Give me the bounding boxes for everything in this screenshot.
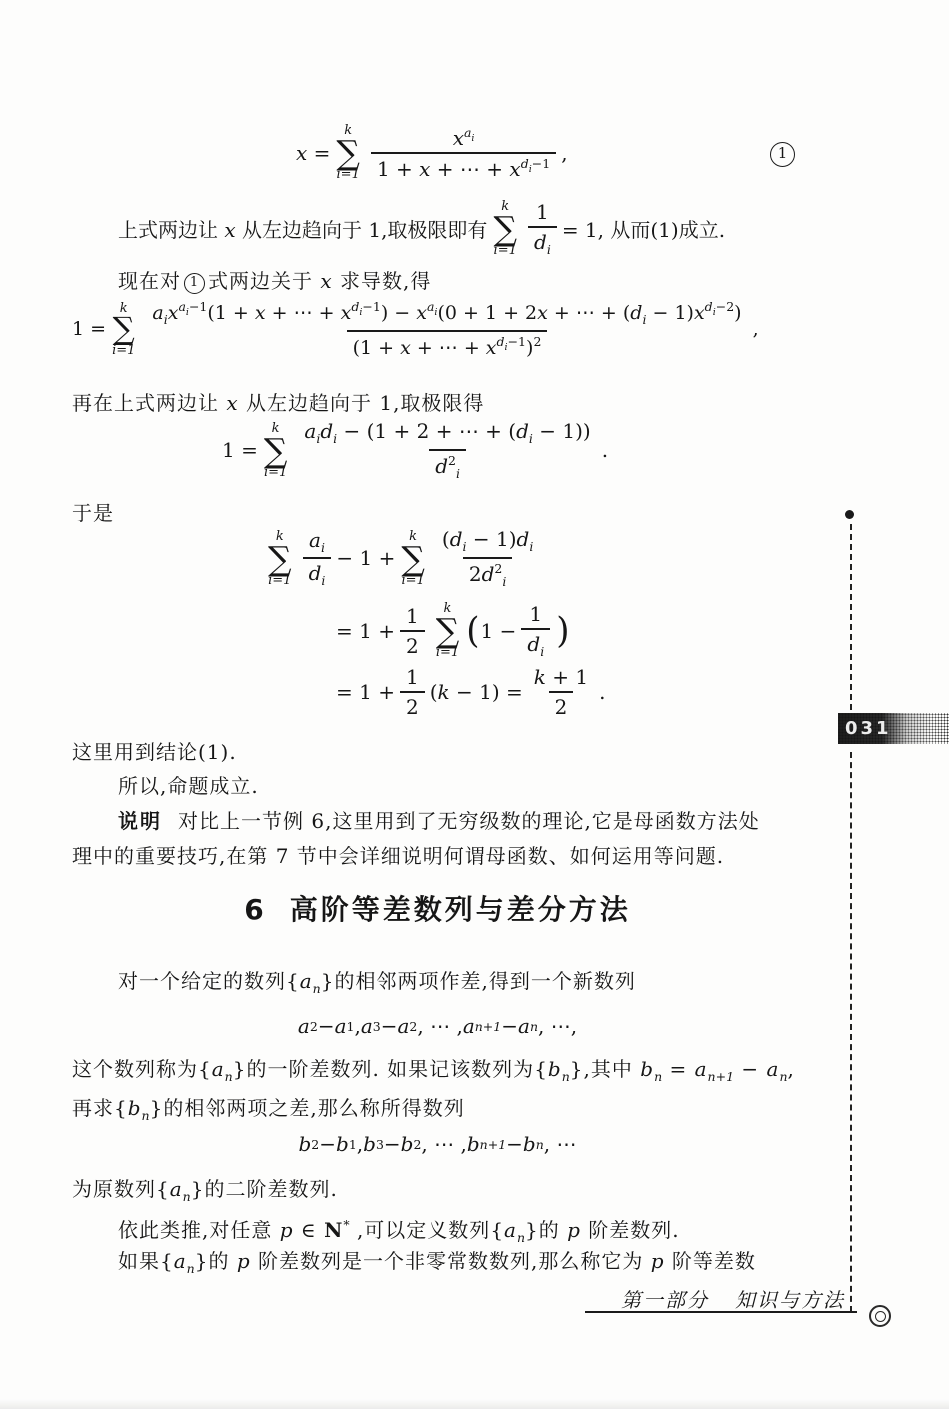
footer-running-title: 第一部分知识与方法 (540, 1284, 845, 1313)
paragraph-derivative: 现在对1式两边关于 x 求导数,得 (118, 266, 431, 296)
summation-symbol: k ∑ i=1 (336, 124, 360, 181)
fraction: aixai−1(1 + x + ⋯ + xdi−1) − xai(0 + 1 +… (146, 300, 747, 359)
footer-part: 第一部分 (621, 1288, 709, 1312)
fraction-numerator: 1 (400, 666, 425, 691)
operator-run: − 1 + (336, 546, 395, 570)
formula-lhs: 1 = (222, 438, 258, 462)
equals-run: = 1 + (336, 680, 395, 704)
sum-lower-limit: i=1 (268, 574, 291, 587)
footer-title: 知识与方法 (735, 1288, 845, 1312)
footer-ring-inner (875, 1311, 886, 1322)
fraction-numerator: (di − 1)di (436, 528, 539, 557)
derivation-line-2: = 1 + 1 2 k ∑ i=1 ( 1 − 1 di ) (336, 602, 570, 659)
fraction-half: 1 2 (400, 666, 425, 718)
middle-run: (k − 1) = (430, 680, 523, 704)
fraction-numerator: 1 (530, 201, 555, 226)
formula-tail: . (599, 680, 605, 704)
paragraph-proposition-holds: 所以,命题成立. (118, 771, 259, 801)
fraction-denominator: di (528, 226, 557, 257)
formula-derivative: 1 = k ∑ i=1 aixai−1(1 + x + ⋯ + xdi−1) −… (72, 300, 759, 359)
left-paren: ( (466, 613, 479, 649)
fraction: (di − 1)di 2d2i (436, 528, 539, 589)
fraction-numerator: 1 (523, 603, 548, 628)
formula-tail: , (561, 141, 567, 165)
summation-symbol: k ∑ i=1 (436, 602, 460, 659)
sigma-glyph: ∑ (268, 543, 292, 574)
fraction-numerator: k + 1 (528, 666, 594, 691)
equation-tag-1: 1 (770, 142, 795, 167)
right-paren: ) (556, 613, 569, 649)
formula-limit-result: 1 = k ∑ i=1 aidi − (1 + 2 + ⋯ + (di − 1)… (222, 420, 608, 481)
p1-post-text: = 1, 从而(1)成立. (562, 214, 725, 243)
inner-run: 1 − (481, 619, 517, 643)
fraction-half: 1 2 (400, 605, 425, 657)
fraction-numerator: aixai−1(1 + x + ⋯ + xdi−1) − xai(0 + 1 +… (146, 300, 747, 330)
paragraph-second-difference-intro: 再求{bn}的相邻两项之差,那么称所得数列 (72, 1093, 465, 1131)
paragraph-remark-continued: 理中的重要技巧,在第 7 节中会详细说明何谓母函数、如何运用等问题. (72, 841, 724, 871)
fraction-numerator: ai (303, 529, 331, 558)
sigma-glyph: ∑ (436, 615, 460, 646)
circled-one-icon: 1 (770, 142, 795, 167)
fraction-denominator: 2d2i (463, 557, 513, 589)
fraction-denominator: di (303, 557, 332, 588)
fraction: ai di (303, 529, 332, 589)
fraction-denominator: di (521, 628, 550, 659)
formula-tail: , (753, 318, 759, 340)
remark-text: 对比上一节例 6,这里用到了无穷级数的理论,它是母函数方法处 (178, 809, 760, 833)
fraction-denominator: 1 + x + ⋯ + xdi−1 (371, 152, 556, 180)
paragraph-remark: 说明对比上一节例 6,这里用到了无穷级数的理论,它是母函数方法处 (118, 806, 760, 836)
fraction-numerator: 1 (400, 605, 425, 630)
formula-lhs: x = (296, 141, 330, 165)
footer-rule (585, 1311, 857, 1313)
fraction-denominator: 2 (400, 630, 425, 657)
section-title: 高阶等差数列与差分方法 (290, 893, 631, 926)
summation-symbol: k ∑ i=1 (112, 302, 135, 357)
derivation-line-3: = 1 + 1 2 (k − 1) = k + 1 2 . (336, 666, 605, 718)
paragraph-thus: 于是 (72, 498, 114, 528)
fraction-numerator: aidi − (1 + 2 + ⋯ + (di − 1)) (298, 420, 596, 449)
paragraph-arithmetic-p-order: 如果{an}的 p 阶差数列是一个非零常数数列,那么称它为 p 阶等差数 (118, 1246, 756, 1284)
fraction: 1 di (528, 201, 557, 257)
sigma-glyph: ∑ (264, 435, 288, 466)
fraction-denominator: (1 + x + ⋯ + xdi−1)2 (347, 330, 548, 359)
sigma-glyph: ∑ (401, 543, 425, 574)
fraction-denominator: d2i (429, 449, 466, 481)
sum-lower-limit: i=1 (112, 344, 135, 357)
formula-tail: . (602, 438, 608, 462)
fraction: 1 di (521, 603, 550, 659)
paragraph-sequence-intro: 对一个给定的数列{an}的相邻两项作差,得到一个新数列 (118, 966, 636, 1004)
fraction-numerator: xai (447, 126, 481, 152)
sum-lower-limit: i=1 (494, 244, 517, 257)
fraction: xai 1 + x + ⋯ + xdi−1 (371, 126, 556, 180)
equals-run: = 1 + (336, 619, 395, 643)
formula-first-difference-sequence: a2 − a1 , a3 − a2 , ⋯ , an+1 − an , ⋯, (0, 1014, 875, 1038)
fraction-result: k + 1 2 (528, 666, 594, 718)
sum-lower-limit: i=1 (264, 466, 287, 479)
scanned-book-page: x = k ∑ i=1 xai 1 + x + ⋯ + xdi−1 , 1 上式… (0, 0, 949, 1409)
paragraph-second-limit: 再在上式两边让 x 从左边趋向于 1,取极限得 (72, 388, 484, 418)
paragraph-second-difference-def: 为原数列{an}的二阶差数列. (72, 1174, 338, 1212)
summation-symbol: k ∑ i=1 (493, 200, 517, 257)
summation-symbol: k ∑ i=1 (264, 422, 288, 479)
rail-dashed-line-lower (850, 752, 852, 1312)
fraction: aidi − (1 + 2 + ⋯ + (di − 1)) d2i (298, 420, 596, 481)
formula-lhs: 1 = (72, 318, 106, 340)
sigma-glyph: ∑ (336, 137, 360, 168)
summation-symbol: k ∑ i=1 (401, 530, 425, 587)
paragraph-conclusion-ref: 这里用到结论(1). (72, 737, 237, 767)
sum-lower-limit: i=1 (401, 574, 424, 587)
fraction-denominator: 2 (400, 691, 425, 718)
rail-dashed-line-upper (850, 524, 852, 710)
remark-label: 说明 (118, 809, 162, 833)
paragraph-limit-statement: 上式两边让 x 从左边趋向于 1,取极限即有 k ∑ i=1 1 di = 1,… (118, 200, 725, 257)
paragraph-first-difference-def: 这个数列称为{an}的一阶差数列. 如果记该数列为{bn},其中 bn = an… (72, 1054, 795, 1092)
section-number: 6 (244, 893, 263, 926)
p1-pre-text: 上式两边让 x 从左边趋向于 1,取极限即有 (118, 214, 487, 243)
rail-dot (845, 510, 854, 519)
footer-ring-icon (869, 1305, 891, 1327)
summation-symbol: k ∑ i=1 (268, 530, 292, 587)
derivation-line-1: k ∑ i=1 ai di − 1 + k ∑ i=1 (di − 1)di 2… (262, 528, 544, 589)
page-number-badge: 031 (838, 713, 949, 744)
section-heading: 6高阶等差数列与差分方法 (0, 888, 875, 928)
sigma-glyph: ∑ (493, 213, 517, 244)
fraction-denominator: 2 (549, 691, 574, 718)
sum-lower-limit: i=1 (436, 646, 459, 659)
formula-second-difference-sequence: b2 − b1 , b3 − b2 , ⋯ , bn+1 − bn , ⋯ (0, 1132, 875, 1156)
sigma-glyph: ∑ (113, 315, 135, 344)
sum-lower-limit: i=1 (337, 168, 360, 181)
page-number: 031 (845, 718, 892, 739)
formula-generating-function: x = k ∑ i=1 xai 1 + x + ⋯ + xdi−1 , (296, 124, 568, 181)
scan-edge-shadow (0, 1399, 949, 1409)
